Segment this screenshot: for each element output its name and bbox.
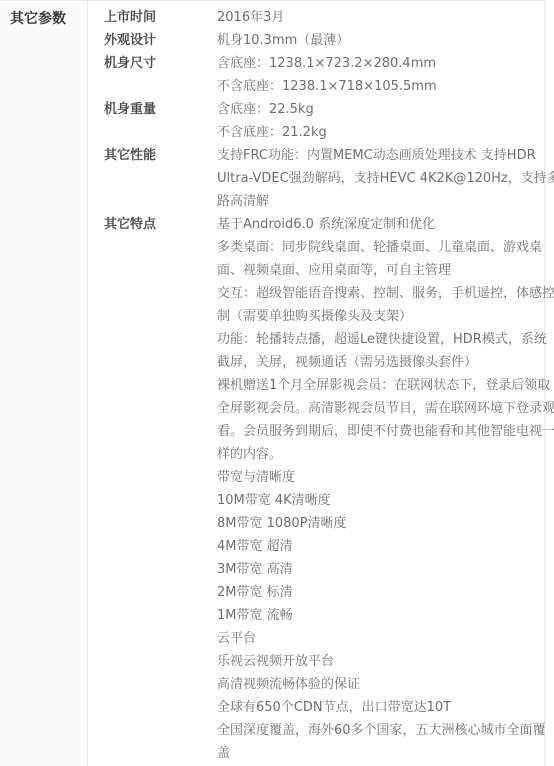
spec-value-line: 制（需要单独购买摄像头及支架） bbox=[217, 305, 544, 328]
spec-value-line: 2M带宽 标清 bbox=[217, 581, 544, 604]
spec-value-line: 云平台 bbox=[217, 627, 544, 650]
spec-value-line: Ultra-VDEC强劲解码，支持HEVC 4K2K@120Hz，支持多 bbox=[217, 167, 544, 190]
spec-label: 上市时间 bbox=[104, 6, 217, 29]
spec-value-line: 2016年3月 bbox=[217, 6, 544, 29]
spec-value-line: 4M带宽 超清 bbox=[217, 535, 544, 558]
spec-row: 外观设计机身10.3mm（最薄） bbox=[104, 29, 544, 52]
spec-table: 其它参数 上市时间2016年3月外观设计机身10.3mm（最薄）机身尺寸含底座：… bbox=[0, 0, 545, 766]
spec-value-line: 1M带宽 流畅 bbox=[217, 604, 544, 627]
spec-value-line: 样的内容。 bbox=[217, 443, 544, 466]
spec-value-line: 8M带宽 1080P清晰度 bbox=[217, 512, 544, 535]
spec-value-line: 带宽与清晰度 bbox=[217, 466, 544, 489]
spec-value-line: 路高清解 bbox=[217, 190, 544, 213]
spec-value-line: 3M带宽 高清 bbox=[217, 558, 544, 581]
section-title: 其它参数 bbox=[0, 1, 87, 28]
spec-page: 其它参数 上市时间2016年3月外观设计机身10.3mm（最薄）机身尺寸含底座：… bbox=[0, 0, 554, 766]
spec-value-line: 10M带宽 4K清晰度 bbox=[217, 489, 544, 512]
spec-label: 机身尺寸 bbox=[104, 52, 217, 75]
spec-row: 机身重量含底座：22.5kg不含底座：21.2kg bbox=[104, 98, 544, 144]
spec-row: 其它性能支持FRC功能：内置MEMC动态画质处理技术 支持HDRUltra-VD… bbox=[104, 144, 544, 213]
spec-label: 外观设计 bbox=[104, 29, 217, 52]
spec-value-line: 含底座：22.5kg bbox=[217, 98, 544, 121]
spec-values: 基于Android6.0 系统深度定制和优化多类桌面：同步院线桌面、轮播桌面、儿… bbox=[217, 213, 544, 765]
spec-row: 机身尺寸含底座：1238.1×723.2×280.4mm不含底座：1238.1×… bbox=[104, 52, 544, 98]
spec-value-line: 基于Android6.0 系统深度定制和优化 bbox=[217, 213, 544, 236]
spec-value-line: 看。会员服务到期后，即使不付费也能看和其他智能电视一 bbox=[217, 420, 544, 443]
spec-value-line: 不含底座：21.2kg bbox=[217, 121, 544, 144]
spec-value-line: 多类桌面：同步院线桌面、轮播桌面、儿童桌面、游戏桌 bbox=[217, 236, 544, 259]
spec-values: 含底座：1238.1×723.2×280.4mm不含底座：1238.1×718×… bbox=[217, 52, 544, 98]
spec-value-line: 交互：超级智能语音搜索、控制、服务，手机遥控，体感控 bbox=[217, 282, 544, 305]
spec-row: 其它特点基于Android6.0 系统深度定制和优化多类桌面：同步院线桌面、轮播… bbox=[104, 213, 544, 765]
spec-value-line: 面、视频桌面、应用桌面等，可自主管理 bbox=[217, 259, 544, 282]
spec-value-line: 含底座：1238.1×723.2×280.4mm bbox=[217, 52, 544, 75]
spec-row: 上市时间2016年3月 bbox=[104, 6, 544, 29]
spec-value-line: 盖 bbox=[217, 742, 544, 765]
spec-values: 支持FRC功能：内置MEMC动态画质处理技术 支持HDRUltra-VDEC强劲… bbox=[217, 144, 544, 213]
spec-label: 其它性能 bbox=[104, 144, 217, 167]
spec-value-line: 功能：轮播转点播，超遥Le键快捷设置，HDR模式，系统 bbox=[217, 328, 544, 351]
spec-rows: 上市时间2016年3月外观设计机身10.3mm（最薄）机身尺寸含底座：1238.… bbox=[88, 1, 544, 766]
spec-values: 机身10.3mm（最薄） bbox=[217, 29, 544, 52]
spec-value-line: 全屏影视会员。高清影视会员节目，需在联网环境下登录观 bbox=[217, 397, 544, 420]
spec-value-line: 不含底座：1238.1×718×105.5mm bbox=[217, 75, 544, 98]
spec-value-line: 机身10.3mm（最薄） bbox=[217, 29, 544, 52]
spec-label: 机身重量 bbox=[104, 98, 217, 121]
category-column: 其它参数 bbox=[0, 1, 88, 766]
spec-value-line: 全国深度覆盖，海外60多个国家，五大洲核心城市全面覆 bbox=[217, 719, 544, 742]
spec-value-line: 支持FRC功能：内置MEMC动态画质处理技术 支持HDR bbox=[217, 144, 544, 167]
spec-label: 其它特点 bbox=[104, 213, 217, 236]
spec-value-line: 裸机赠送1个月全屏影视会员：在联网状态下，登录后领取 bbox=[217, 374, 544, 397]
spec-value-line: 乐视云视频开放平台 bbox=[217, 650, 544, 673]
spec-value-line: 高清视频流畅体验的保证 bbox=[217, 673, 544, 696]
spec-values: 2016年3月 bbox=[217, 6, 544, 29]
spec-value-line: 截屏，关屏，视频通话（需另选摄像头套件） bbox=[217, 351, 544, 374]
spec-value-line: 全球有650个CDN节点，出口带宽达10T bbox=[217, 696, 544, 719]
spec-values: 含底座：22.5kg不含底座：21.2kg bbox=[217, 98, 544, 144]
